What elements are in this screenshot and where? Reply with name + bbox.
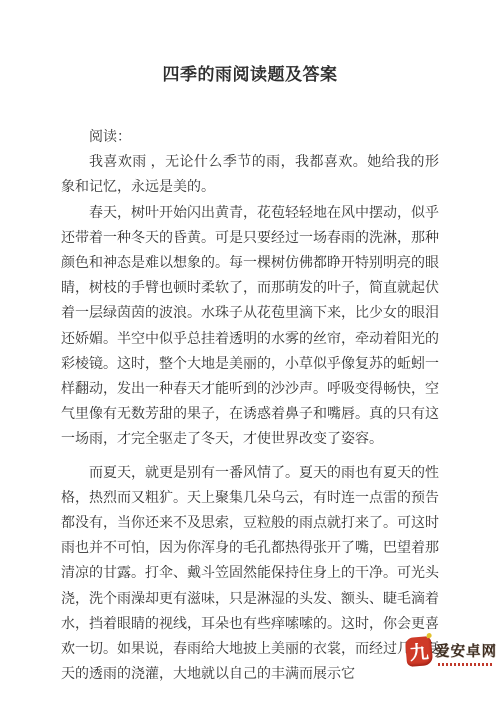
watermark-tagline — [438, 663, 494, 666]
document-title: 四季的雨阅读题及答案 — [0, 0, 500, 85]
watermark-text-block: 爱安卓网 — [435, 637, 497, 666]
reading-label: 阅读： — [61, 125, 439, 150]
watermark: 九 爱安卓网 — [406, 637, 497, 666]
seal-icon: 九 — [405, 636, 433, 667]
leaf-accent-icon — [426, 633, 431, 638]
document-body: 阅读： 我喜欢雨 ，无论什么季节的雨，我都喜欢。她给我的形象和记忆，永远是美的。… — [61, 125, 439, 687]
clipped-character: 全 — [355, 662, 361, 687]
paragraph-spring: 春天，树叶开始闪出黄青，花苞轻轻地在风中摆动，似乎还带着一种冬天的昏黄。可是只要… — [61, 201, 439, 453]
paragraph-summer: 而夏天，就更是别有一番风情了。夏天的雨也有夏天的性格，热烈而又粗犷。天上聚集几朵… — [61, 461, 439, 688]
seal-character: 九 — [408, 637, 429, 666]
paragraph-intro: 我喜欢雨 ，无论什么季节的雨，我都喜欢。她给我的形象和记忆，永远是美的。 — [61, 150, 439, 200]
page: { "doc": { "title": "四季的雨阅读题及答案", "parag… — [0, 0, 500, 707]
watermark-site-name: 爱安卓网 — [435, 640, 497, 661]
paragraph-summer-text: 而夏天，就更是别有一番风情了。夏天的雨也有夏天的性格，热烈而又粗犷。天上聚集几朵… — [61, 466, 439, 683]
